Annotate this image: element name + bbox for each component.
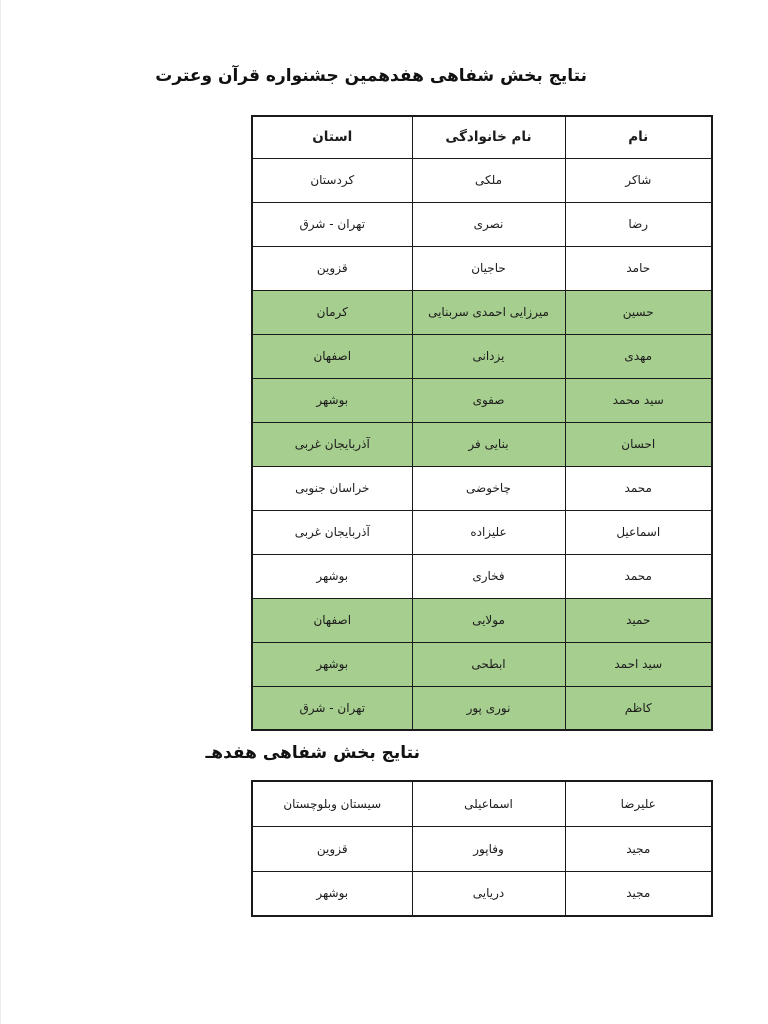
table-row: مجیدوفاپورقزوین — [252, 826, 712, 871]
table-cell: ملکی — [412, 158, 565, 202]
table-cell: خراسان جنوبی — [252, 466, 412, 510]
table-cell: سیستان وبلوچستان — [252, 781, 412, 826]
table-cell: میرزایی احمدی سربنایی — [412, 290, 565, 334]
table-cell: بوشهر — [252, 642, 412, 686]
results-table-2-body: علیرضااسماعیلیسیستان وبلوچستانمجیدوفاپور… — [252, 781, 712, 916]
table-cell: فخاری — [412, 554, 565, 598]
table-row: رضانصریتهران - شرق — [252, 202, 712, 246]
table-cell: بوشهر — [252, 554, 412, 598]
table-cell: آذربایجان غربی — [252, 422, 412, 466]
table-cell: قزوین — [252, 826, 412, 871]
table-cell: بوشهر — [252, 871, 412, 916]
table-cell: شاکر — [565, 158, 712, 202]
column-header-last-name: نام خانوادگی — [412, 116, 565, 158]
table-cell: صفوی — [412, 378, 565, 422]
table-cell: سید احمد — [565, 642, 712, 686]
document-page: نتایج بخش شفاهی هفدهمین جشنواره قرآن وعت… — [0, 0, 768, 1024]
table-row: مجیددریاییبوشهر — [252, 871, 712, 916]
table-cell: قزوین — [252, 246, 412, 290]
column-header-first-name: نام — [565, 116, 712, 158]
table-cell: مهدی — [565, 334, 712, 378]
table-cell: اصفهان — [252, 334, 412, 378]
table-cell: یزدانی — [412, 334, 565, 378]
results-table-1: نام نام خانوادگی استان شاکرملکیکردستانرض… — [251, 115, 713, 731]
table-cell: حامد — [565, 246, 712, 290]
table-cell: کردستان — [252, 158, 412, 202]
table-cell: سید محمد — [565, 378, 712, 422]
table-cell: محمد — [565, 466, 712, 510]
column-header-province: استان — [252, 116, 412, 158]
table-cell: علیرضا — [565, 781, 712, 826]
table-row: حامدحاجیانقزوین — [252, 246, 712, 290]
table-cell: آذربایجان غربی — [252, 510, 412, 554]
table-cell: اصفهان — [252, 598, 412, 642]
table-cell: نصری — [412, 202, 565, 246]
table-header-row: نام نام خانوادگی استان — [252, 116, 712, 158]
document-subtitle-truncated: نتایج بخش شفاهی هفدهـ — [205, 743, 420, 763]
table-cell: دریایی — [412, 871, 565, 916]
table-row: کاظمنوری پورتهران - شرق — [252, 686, 712, 730]
table-cell: بوشهر — [252, 378, 412, 422]
table-cell: حمید — [565, 598, 712, 642]
table-row: مهدییزدانیاصفهان — [252, 334, 712, 378]
table-cell: بنایی فر — [412, 422, 565, 466]
results-table-1-body: شاکرملکیکردستانرضانصریتهران - شرقحامدحاج… — [252, 158, 712, 730]
table-cell: رضا — [565, 202, 712, 246]
results-table-2: علیرضااسماعیلیسیستان وبلوچستانمجیدوفاپور… — [251, 780, 713, 917]
table-cell: وفاپور — [412, 826, 565, 871]
table-cell: تهران - شرق — [252, 686, 412, 730]
table-cell: علیزاده — [412, 510, 565, 554]
table-cell: اسماعیلی — [412, 781, 565, 826]
table-cell: مجید — [565, 871, 712, 916]
table-cell: چاخوضی — [412, 466, 565, 510]
table-cell: تهران - شرق — [252, 202, 412, 246]
table-row: سید محمدصفویبوشهر — [252, 378, 712, 422]
table-row: سید احمدابطحیبوشهر — [252, 642, 712, 686]
table-row: احسانبنایی فرآذربایجان غربی — [252, 422, 712, 466]
table-cell: احسان — [565, 422, 712, 466]
document-title: نتایج بخش شفاهی هفدهمین جشنواره قرآن وعت… — [155, 66, 587, 86]
table-cell: ابطحی — [412, 642, 565, 686]
table-cell: مولایی — [412, 598, 565, 642]
table-cell: حسین — [565, 290, 712, 334]
table-row: علیرضااسماعیلیسیستان وبلوچستان — [252, 781, 712, 826]
table-cell: کرمان — [252, 290, 412, 334]
table-row: محمدچاخوضیخراسان جنوبی — [252, 466, 712, 510]
table-row: حمیدمولاییاصفهان — [252, 598, 712, 642]
table-row: اسماعیلعلیزادهآذربایجان غربی — [252, 510, 712, 554]
table-cell: نوری پور — [412, 686, 565, 730]
table-cell: اسماعیل — [565, 510, 712, 554]
table-row: حسینمیرزایی احمدی سربناییکرمان — [252, 290, 712, 334]
table-row: محمدفخاریبوشهر — [252, 554, 712, 598]
table-cell: محمد — [565, 554, 712, 598]
table-row: شاکرملکیکردستان — [252, 158, 712, 202]
table-cell: حاجیان — [412, 246, 565, 290]
table-cell: کاظم — [565, 686, 712, 730]
table-cell: مجید — [565, 826, 712, 871]
